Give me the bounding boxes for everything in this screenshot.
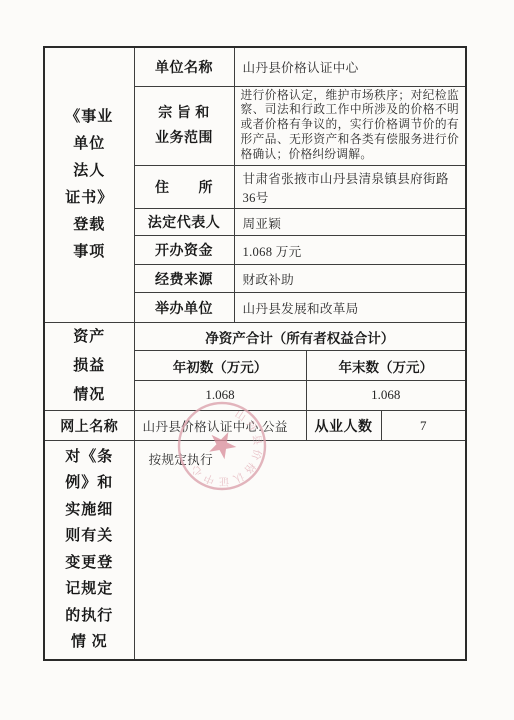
side-label-line: 登载 bbox=[45, 212, 134, 239]
mission-label-line: 宗 旨 和 bbox=[135, 101, 234, 126]
mission-value: 进行价格认定，维护市场秩序；对纪检监察、司法和行政工作中所涉及的价格不明或者价格… bbox=[234, 86, 466, 166]
compliance-value: 按规定执行 bbox=[134, 441, 466, 660]
net-assets-header: 净资产合计（所有者权益合计） bbox=[134, 323, 466, 351]
funding-label: 经费来源 bbox=[134, 265, 234, 293]
side-label-line: 单位 bbox=[45, 131, 134, 158]
online-name-label: 网上名称 bbox=[44, 411, 134, 441]
capital-label: 开办资金 bbox=[134, 236, 234, 265]
registration-form-table: 《事业 单位 法人 证书》 登载 事项 单位名称 山丹县价格认证中心 宗 旨 和… bbox=[43, 46, 467, 661]
capital-value: 1.068 万元 bbox=[234, 236, 466, 265]
side-label-line: 记规定 bbox=[45, 576, 134, 603]
side-label-line: 则有关 bbox=[45, 523, 134, 550]
online-name-value: 山丹县价格认证中心.公益 bbox=[134, 411, 306, 441]
mission-label: 宗 旨 和 业务范围 bbox=[134, 86, 234, 166]
side-label-line: 情 况 bbox=[45, 629, 134, 656]
legal-rep-value: 周亚颖 bbox=[234, 209, 466, 236]
unit-name-label: 单位名称 bbox=[134, 47, 234, 86]
staff-count-label: 从业人数 bbox=[306, 411, 381, 441]
side-label-line: 法人 bbox=[45, 158, 134, 185]
compliance-side-label: 对《条 例》和 实施细 则有关 变更登 记规定 的执行 情 况 bbox=[44, 441, 134, 660]
side-label-line: 对《条 bbox=[45, 444, 134, 471]
side-label-line: 例》和 bbox=[45, 470, 134, 497]
side-label-line: 的执行 bbox=[45, 603, 134, 630]
side-label-line: 资产 bbox=[45, 323, 134, 352]
side-label-line: 实施细 bbox=[45, 497, 134, 524]
address-value: 甘肃省张掖市山丹县清泉镇县府街路36号 bbox=[234, 166, 466, 209]
sponsor-value: 山丹县发展和改革局 bbox=[234, 293, 466, 323]
side-label-line: 情况 bbox=[45, 381, 134, 410]
mission-label-line: 业务范围 bbox=[135, 126, 234, 151]
assets-side-label: 资产 损益 情况 bbox=[44, 323, 134, 411]
staff-count-value: 7 bbox=[381, 411, 466, 441]
certificate-items-side-label: 《事业 单位 法人 证书》 登载 事项 bbox=[44, 47, 134, 323]
side-label-line: 事项 bbox=[45, 239, 134, 266]
year-start-header: 年初数（万元） bbox=[134, 351, 306, 380]
address-label: 住 所 bbox=[134, 166, 234, 209]
side-label-line: 损益 bbox=[45, 352, 134, 381]
sponsor-label: 举办单位 bbox=[134, 293, 234, 323]
legal-rep-label: 法定代表人 bbox=[134, 209, 234, 236]
side-label-line: 变更登 bbox=[45, 550, 134, 577]
funding-value: 财政补助 bbox=[234, 265, 466, 293]
scanned-registration-document: 《事业 单位 法人 证书》 登载 事项 单位名称 山丹县价格认证中心 宗 旨 和… bbox=[0, 0, 514, 720]
side-label-line: 《事业 bbox=[45, 104, 134, 131]
year-end-value: 1.068 bbox=[306, 380, 466, 410]
side-label-line: 证书》 bbox=[45, 185, 134, 212]
unit-name-value: 山丹县价格认证中心 bbox=[234, 47, 466, 86]
year-end-header: 年末数（万元） bbox=[306, 351, 466, 380]
year-start-value: 1.068 bbox=[134, 380, 306, 410]
